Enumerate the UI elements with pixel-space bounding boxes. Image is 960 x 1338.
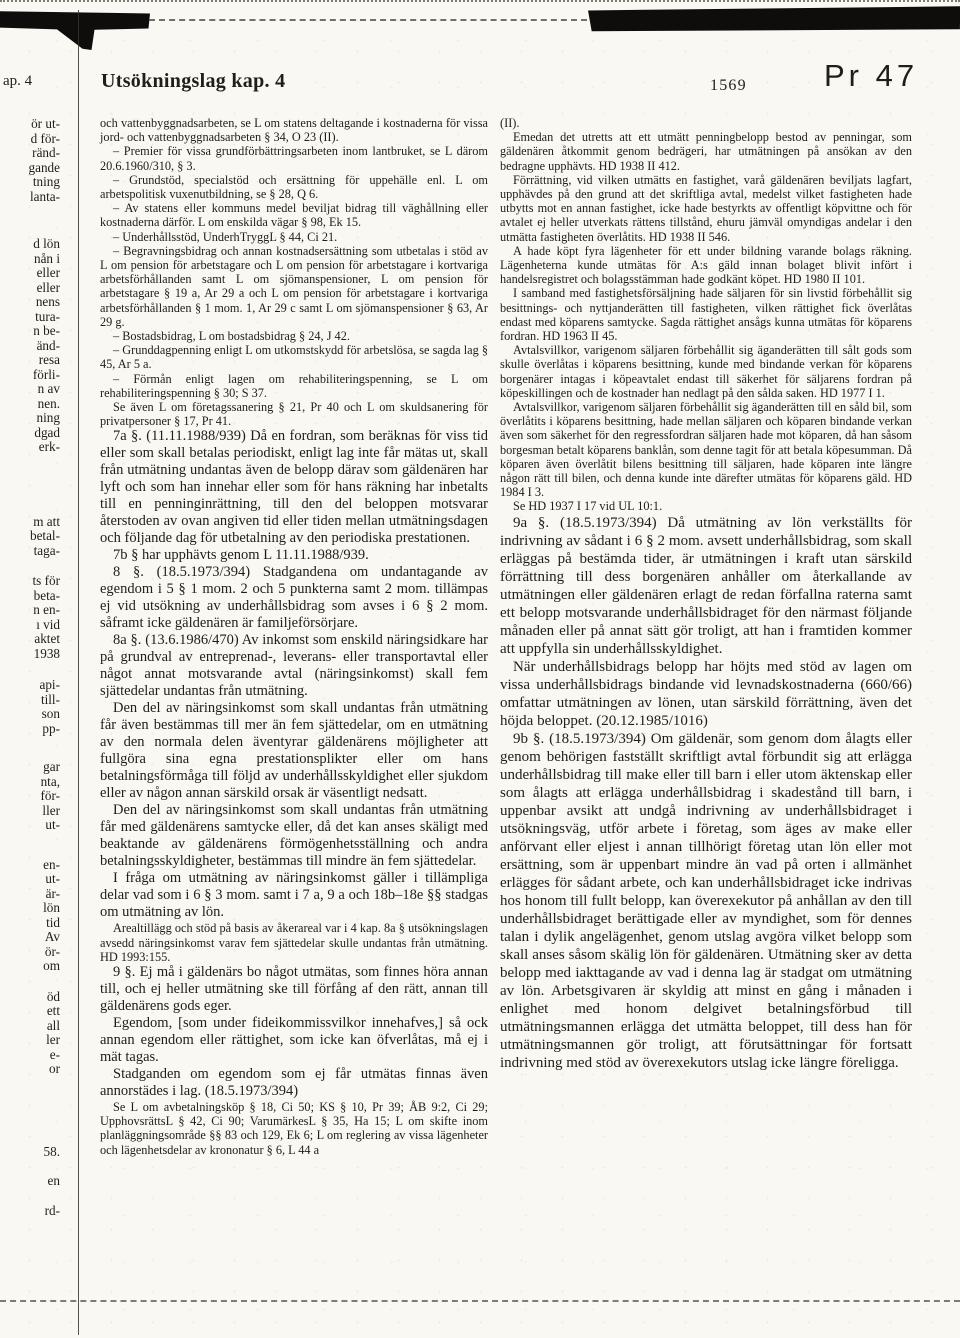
left-column-paragraph: Arealtillägg och stöd på basis av åkerar… bbox=[100, 921, 488, 964]
left-column-paragraph: – Bostadsbidrag, L om bostadsbidrag § 24… bbox=[100, 329, 488, 343]
left-ink-band bbox=[0, 7, 150, 50]
margin-fragment: 58. bbox=[2, 1145, 60, 1160]
margin-fragment: ut- bbox=[2, 872, 60, 887]
margin-fragment: tid bbox=[2, 916, 60, 931]
margin-fragment: ller bbox=[2, 804, 60, 819]
left-column-paragraph: – Grunddagpenning enligt L om utkomstsky… bbox=[100, 343, 488, 371]
left-column-paragraph: Se även L om företagssanering § 21, Pr 4… bbox=[100, 400, 488, 428]
margin-fragment: nån i bbox=[2, 252, 60, 267]
left-column-paragraph: – Av statens eller kommuns medel bevilja… bbox=[100, 201, 488, 229]
right-column-paragraph: Avtalsvillkor, varigenom säljaren förbeh… bbox=[500, 400, 912, 499]
left-column-paragraph: och vattenbyggnadsarbeten, se L om state… bbox=[100, 116, 488, 144]
margin-fragment: ör- bbox=[2, 945, 60, 960]
margin-fragment: 1938 bbox=[2, 647, 60, 662]
margin-fragment: änd- bbox=[2, 339, 60, 354]
margin-fragment: ör ut- bbox=[2, 117, 60, 132]
left-column-paragraph: I fråga om utmätning av näringsinkomst g… bbox=[100, 870, 488, 921]
top-dotted-line bbox=[0, 0, 960, 2]
margin-fragment: beta- bbox=[2, 589, 60, 604]
page-title: Utsökningslag kap. 4 bbox=[101, 70, 285, 93]
left-column-paragraph: Den del av näringsinkomst som skall unda… bbox=[100, 700, 488, 802]
margin-fragment: för- bbox=[2, 789, 60, 804]
left-column-paragraph: 8a §. (13.6.1986/470) Av inkomst som ens… bbox=[100, 632, 488, 700]
margin-fragment: eller bbox=[2, 266, 60, 281]
margin-fragment: en bbox=[2, 1174, 60, 1189]
column-divider-rule bbox=[78, 10, 79, 1335]
left-column-paragraph: – Förmån enligt lagen om rehabiliterings… bbox=[100, 372, 488, 400]
left-column-paragraph: 9 §. Ej må i gäldenärs bo något utmätas,… bbox=[100, 964, 488, 1015]
margin-fragment: lanta- bbox=[2, 190, 60, 205]
right-column-paragraph: Avtalsvillkor, varigenom säljaren förbeh… bbox=[500, 343, 912, 400]
right-column-paragraph: Se HD 1937 I 17 vid UL 10:1. bbox=[500, 499, 912, 513]
left-column-paragraph: 7a §. (11.11.1988/939) Då en fordran, so… bbox=[100, 428, 488, 547]
margin-fragment: pp- bbox=[2, 722, 60, 737]
margin-fragment: betal- bbox=[2, 529, 60, 544]
margin-fragment: dgad bbox=[2, 426, 60, 441]
margin-fragment: gar bbox=[2, 760, 60, 775]
right-column-paragraph: Emedan det utretts att ett utmätt pennin… bbox=[500, 130, 912, 173]
margin-fragment: nens bbox=[2, 295, 60, 310]
left-column-paragraph: 7b § har upphävts genom L 11.11.1988/939… bbox=[100, 547, 488, 564]
margin-fragment: nta, bbox=[2, 775, 60, 790]
margin-fragment: ränd- bbox=[2, 146, 60, 161]
right-ink-band bbox=[588, 5, 960, 33]
left-column-paragraph: Egendom, [som under fideikommissvilkor i… bbox=[100, 1015, 488, 1066]
margin-fragment: taga- bbox=[2, 544, 60, 559]
margin-fragment: ı vid bbox=[2, 618, 60, 633]
margin-fragment: eller bbox=[2, 281, 60, 296]
left-column-paragraph: Se L om avbetalningsköp § 18, Ci 50; KS … bbox=[100, 1100, 488, 1157]
margin-fragment: aktet bbox=[2, 632, 60, 647]
left-column-paragraph: – Premier för vissa grundförbättringsarb… bbox=[100, 144, 488, 172]
left-column-paragraph: Stadganden om egendom som ej får utmätas… bbox=[100, 1066, 488, 1100]
margin-fragment: n en- bbox=[2, 603, 60, 618]
left-column-paragraph: – Begravningsbidrag och annan kostnadser… bbox=[100, 244, 488, 329]
margin-fragment: resa bbox=[2, 353, 60, 368]
margin-fragment: nen. bbox=[2, 397, 60, 412]
margin-fragment: n be- bbox=[2, 324, 60, 339]
margin-fragment: or bbox=[2, 1062, 60, 1077]
margin-fragment: all bbox=[2, 1019, 60, 1034]
margin-fragment: tura- bbox=[2, 310, 60, 325]
margin-fragment: om bbox=[2, 959, 60, 974]
page-number: 1569 bbox=[710, 77, 747, 95]
connector-dashed-line bbox=[149, 19, 587, 21]
margin-fragment: lön bbox=[2, 901, 60, 916]
margin-fragment: api- bbox=[2, 678, 60, 693]
margin-fragment: tning bbox=[2, 175, 60, 190]
left-column-paragraph: – Grundstöd, specialstöd och ersättning … bbox=[100, 173, 488, 201]
margin-fragment: erk- bbox=[2, 440, 60, 455]
right-column-paragraph: Förrättning, vid vilken utmätts en fasti… bbox=[500, 173, 912, 244]
right-column-paragraph: A hade köpt fyra lägenheter för ett unde… bbox=[500, 244, 912, 287]
margin-fragment: är- bbox=[2, 887, 60, 902]
margin-fragment: ning bbox=[2, 411, 60, 426]
margin-fragment: en- bbox=[2, 858, 60, 873]
right-column-paragraph: (II). bbox=[500, 116, 912, 130]
right-column: (II).Emedan det utretts att ett utmätt p… bbox=[500, 116, 912, 1072]
left-column-paragraph: – Underhållsstöd, UnderhTryggL § 44, Ci … bbox=[100, 230, 488, 244]
margin-fragment: förli- bbox=[2, 368, 60, 383]
margin-fragment: gande bbox=[2, 161, 60, 176]
corner-mark: Pr 47 bbox=[824, 58, 918, 94]
left-column-paragraph: 8 §. (18.5.1973/394) Stadgandena om unda… bbox=[100, 564, 488, 632]
right-column-paragraph: I samband med fastighetsförsäljning hade… bbox=[500, 286, 912, 343]
margin-fragment: ler bbox=[2, 1033, 60, 1048]
right-column-paragraph: 9a §. (18.5.1973/394) Då utmätning av lö… bbox=[500, 514, 912, 658]
right-column-paragraph: 9b §. (18.5.1973/394) Om gäldenär, som g… bbox=[500, 730, 912, 1072]
bottom-dashed-line bbox=[0, 1300, 960, 1302]
margin-fragment: ut- bbox=[2, 818, 60, 833]
margin-fragment: n av bbox=[2, 382, 60, 397]
left-column-paragraph: Den del av näringsinkomst som skall unda… bbox=[100, 802, 488, 870]
left-column: och vattenbyggnadsarbeten, se L om state… bbox=[100, 116, 488, 1157]
scanned-law-page: ap. 4 Utsökningslag kap. 4 1569 Pr 47 ör… bbox=[0, 0, 960, 1338]
margin-fragment: son bbox=[2, 707, 60, 722]
margin-fragment: Av bbox=[2, 930, 60, 945]
margin-fragment: d lön bbox=[2, 237, 60, 252]
margin-fragment: ts för bbox=[2, 574, 60, 589]
margin-fragment: m att bbox=[2, 515, 60, 530]
margin-fragment: d för- bbox=[2, 132, 60, 147]
header-margin-label: ap. 4 bbox=[3, 73, 32, 90]
margin-fragment: rd- bbox=[2, 1204, 60, 1219]
right-column-paragraph: När underhållsbidrags belopp har höjts m… bbox=[500, 658, 912, 730]
margin-fragment: e- bbox=[2, 1048, 60, 1063]
margin-fragment: till- bbox=[2, 693, 60, 708]
margin-fragment: ett bbox=[2, 1004, 60, 1019]
margin-fragment: öd bbox=[2, 990, 60, 1005]
margin-notes: ör ut-d för-ränd-gandetninglanta-d lönnå… bbox=[2, 117, 60, 1218]
